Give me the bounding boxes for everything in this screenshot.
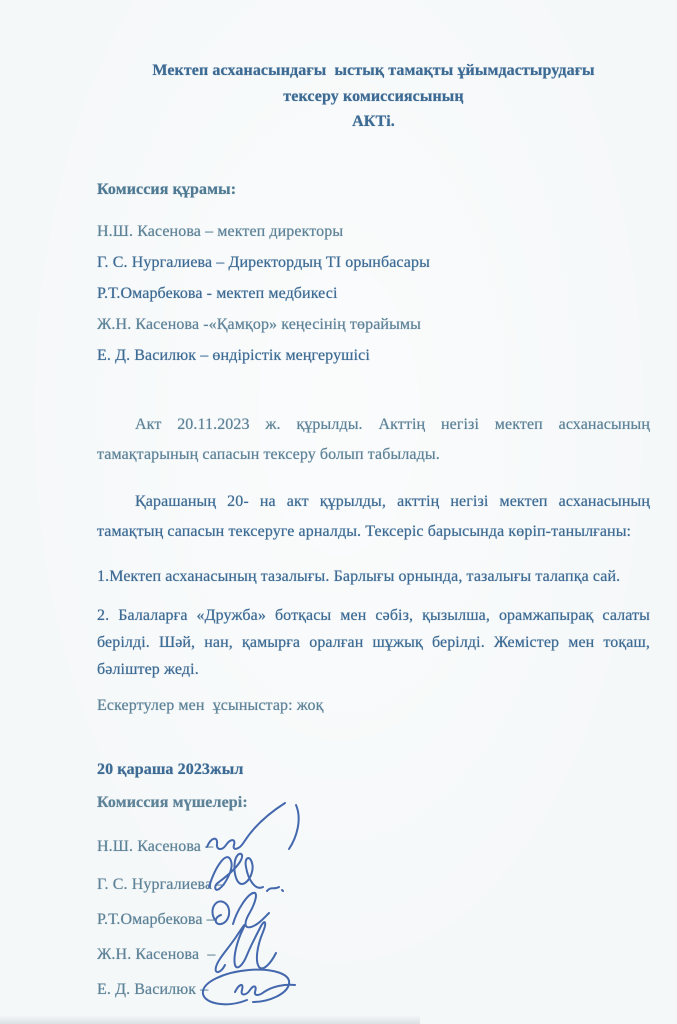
document-title: Мектеп асханасындағы ыстық тамақты ұйымд… [97, 58, 650, 135]
paragraph: Қарашаның 20- на акт құрылды, акттің нег… [97, 487, 650, 548]
title-line-1: Мектеп асханасындағы ыстық тамақты ұйымд… [97, 58, 650, 84]
commission-member: Н.Ш. Касенова – мектеп директоры [97, 216, 650, 247]
document-content: Мектеп асханасындағы ыстық тамақты ұйымд… [97, 0, 650, 1007]
signature-label: Р.Т.Омарбекова – [97, 911, 219, 928]
signature-row: Н.Ш. Касенова – [97, 827, 650, 867]
signature-label: Г. С. Нургалиева – [97, 876, 228, 893]
signature-row: Е. Д. Василюк – [97, 972, 650, 1007]
finding-item: 1.Мектеп асханасының тазалығы. Барлығы о… [97, 564, 650, 591]
commission-member: Ж.Н. Касенова -«Қамқор» кеңесінің төрайы… [97, 309, 650, 340]
date-line: 20 қараша 2023жыл [97, 761, 650, 779]
signature-label: Н.Ш. Касенова – [97, 838, 217, 855]
signature-row: Р.Т.Омарбекова – [97, 902, 650, 937]
commission-member: Г. С. Нургалиева – Директордың ТІ орынба… [97, 247, 650, 278]
commission-members-list: Н.Ш. Касенова – мектеп директоры Г. С. Н… [97, 216, 650, 371]
signature-row: Ж.Н. Касенова – [97, 937, 650, 972]
signature-label: Ж.Н. Касенова – [97, 946, 220, 963]
commission-heading: Комиссия құрамы: [97, 181, 650, 199]
title-line-3: АКТі. [97, 109, 650, 135]
title-line-2: тексеру комиссиясының [97, 84, 650, 110]
remarks-line: Ескертулер мен ұсыныстар: жоқ [97, 697, 650, 715]
signatories-heading: Комиссия мүшелері: [97, 794, 650, 812]
signature-label: Е. Д. Василюк – [97, 981, 212, 998]
finding-item: 2. Балаларға «Дружба» ботқасы мен сәбіз,… [97, 603, 650, 683]
commission-member: Е. Д. Василюк – өндірістік меңгерушісі [97, 340, 650, 371]
commission-member: Р.Т.Омарбекова - мектеп медбикесі [97, 278, 650, 309]
signature-row: Г. С. Нургалиева – [97, 867, 650, 902]
paragraph: Акт 20.11.2023 ж. құрылды. Акттің негізі… [97, 410, 650, 471]
scanned-document-page: Мектеп асханасындағы ыстық тамақты ұйымд… [0, 0, 677, 1024]
